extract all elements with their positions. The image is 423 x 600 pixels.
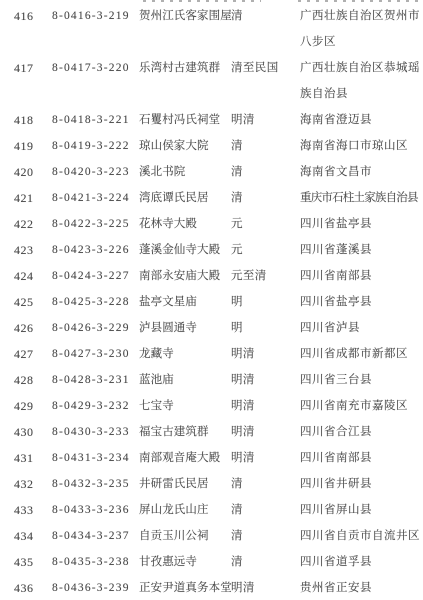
site-era: 清: [231, 185, 300, 211]
site-location: 四川省南部县: [300, 263, 423, 289]
site-location: 四川省南部县: [300, 445, 423, 471]
site-era: 明清: [231, 341, 300, 367]
row-catalog-code: 8-0421-3-224: [52, 185, 139, 211]
relics-table: 416 8-0416-3-219 贺州江氏客家围屋 清 广西壮族自治区贺州市八步…: [0, 3, 423, 600]
site-location: 四川省南充市嘉陵区: [300, 393, 423, 419]
site-name: 福宝古建筑群: [139, 419, 231, 445]
row-catalog-code: 8-0420-3-223: [52, 159, 139, 185]
row-serial-number: 431: [14, 445, 52, 471]
location-line: 重庆市石柱土家族自治县: [300, 185, 423, 211]
row-catalog-code: 8-0422-3-225: [52, 211, 139, 237]
site-location: 四川省蓬溪县: [300, 237, 423, 263]
row-serial-number: 424: [14, 263, 52, 289]
site-location: 四川省盐亭县: [300, 289, 423, 315]
site-era: 明清: [231, 393, 300, 419]
site-name: 屏山龙氏山庄: [139, 497, 231, 523]
row-catalog-code: 8-0419-3-222: [52, 133, 139, 159]
location-line: 四川省蓬溪县: [300, 237, 423, 263]
site-location: 四川省合江县: [300, 419, 423, 445]
location-line: 贵州省正安县: [300, 575, 423, 600]
row-catalog-code: 8-0430-3-233: [52, 419, 139, 445]
table-row: 432 8-0432-3-235 井研雷氏民居 清 四川省井研县: [0, 471, 423, 497]
site-name: 乐湾村古建筑群: [139, 55, 231, 81]
table-row: 421 8-0421-3-224 湾底谭氏民居 清 重庆市石柱土家族自治县: [0, 185, 423, 211]
row-catalog-code: 8-0424-3-227: [52, 263, 139, 289]
site-era: 清: [231, 133, 300, 159]
site-name: 七宝寺: [139, 393, 231, 419]
row-catalog-code: 8-0431-3-234: [52, 445, 139, 471]
table-row: 420 8-0420-3-223 溪北书院 清 海南省文昌市: [0, 159, 423, 185]
row-serial-number: 429: [14, 393, 52, 419]
site-name: 正安尹道真务本堂: [139, 575, 231, 600]
row-catalog-code: 8-0425-3-228: [52, 289, 139, 315]
row-catalog-code: 8-0423-3-226: [52, 237, 139, 263]
row-catalog-code: 8-0426-3-229: [52, 315, 139, 341]
site-location: 四川省成都市新都区: [300, 341, 423, 367]
table-row: 435 8-0435-3-238 甘孜惠远寺 清 四川省道孚县: [0, 549, 423, 575]
site-era: 清至民国: [231, 55, 300, 81]
site-name: 蓝池庙: [139, 367, 231, 393]
row-catalog-code: 8-0432-3-235: [52, 471, 139, 497]
row-catalog-code: 8-0434-3-237: [52, 523, 139, 549]
clipped-row-fragment: [298, 0, 422, 2]
row-serial-number: 436: [14, 575, 52, 600]
row-serial-number: 427: [14, 341, 52, 367]
table-row: 419 8-0419-3-222 琼山侯家大院 清 海南省海口市琼山区: [0, 133, 423, 159]
site-era: 元: [231, 211, 300, 237]
table-row: 422 8-0422-3-225 花林寺大殿 元 四川省盐亭县: [0, 211, 423, 237]
site-name: 盐亭文星庙: [139, 289, 231, 315]
row-catalog-code: 8-0427-3-230: [52, 341, 139, 367]
site-location: 四川省屏山县: [300, 497, 423, 523]
row-serial-number: 422: [14, 211, 52, 237]
row-serial-number: 433: [14, 497, 52, 523]
table-row: 434 8-0434-3-237 自贡玉川公祠 清 四川省自贡市自流井区: [0, 523, 423, 549]
table-row: 429 8-0429-3-232 七宝寺 明清 四川省南充市嘉陵区: [0, 393, 423, 419]
site-location: 海南省海口市琼山区: [300, 133, 423, 159]
location-line: 四川省盐亭县: [300, 289, 423, 315]
row-catalog-code: 8-0433-3-236: [52, 497, 139, 523]
location-line: 八步区: [300, 29, 423, 55]
site-location: 海南省澄迈县: [300, 107, 423, 133]
site-era: 明清: [231, 445, 300, 471]
site-name: 南部观音庵大殿: [139, 445, 231, 471]
row-serial-number: 426: [14, 315, 52, 341]
location-line: 四川省三台县: [300, 367, 423, 393]
site-era: 明: [231, 289, 300, 315]
site-location: 四川省三台县: [300, 367, 423, 393]
site-era: 清: [231, 549, 300, 575]
site-name: 自贡玉川公祠: [139, 523, 231, 549]
table-row: 423 8-0423-3-226 蓬溪金仙寺大殿 元 四川省蓬溪县: [0, 237, 423, 263]
row-serial-number: 416: [14, 3, 52, 29]
site-name: 湾底谭氏民居: [139, 185, 231, 211]
site-name: 蓬溪金仙寺大殿: [139, 237, 231, 263]
row-serial-number: 417: [14, 55, 52, 81]
row-catalog-code: 8-0416-3-219: [52, 3, 139, 29]
table-row: 433 8-0433-3-236 屏山龙氏山庄 清 四川省屏山县: [0, 497, 423, 523]
site-location: 贵州省正安县: [300, 575, 423, 600]
site-era: 清: [231, 497, 300, 523]
site-name: 甘孜惠远寺: [139, 549, 231, 575]
site-location: 四川省盐亭县: [300, 211, 423, 237]
row-catalog-code: 8-0428-3-231: [52, 367, 139, 393]
site-era: 清: [231, 3, 300, 29]
site-location: 四川省井研县: [300, 471, 423, 497]
row-catalog-code: 8-0429-3-232: [52, 393, 139, 419]
site-name: 溪北书院: [139, 159, 231, 185]
site-name: 南部永安庙大殿: [139, 263, 231, 289]
document-page: 416 8-0416-3-219 贺州江氏客家围屋 清 广西壮族自治区贺州市八步…: [0, 0, 423, 600]
location-line: 四川省道孚县: [300, 549, 423, 575]
table-row: 426 8-0426-3-229 泸县圆通寺 明 四川省泸县: [0, 315, 423, 341]
row-serial-number: 430: [14, 419, 52, 445]
table-row: 424 8-0424-3-227 南部永安庙大殿 元至清 四川省南部县: [0, 263, 423, 289]
table-row: 430 8-0430-3-233 福宝古建筑群 明清 四川省合江县: [0, 419, 423, 445]
location-line: 四川省井研县: [300, 471, 423, 497]
location-line: 四川省泸县: [300, 315, 423, 341]
location-line: 广西壮族自治区贺州市: [300, 3, 423, 29]
location-line: 四川省成都市新都区: [300, 341, 423, 367]
site-era: 清: [231, 159, 300, 185]
clipped-row-fragment: [143, 0, 261, 2]
location-line: 四川省南部县: [300, 445, 423, 471]
location-line: 四川省南部县: [300, 263, 423, 289]
location-line: 族自治县: [300, 81, 423, 107]
row-catalog-code: 8-0418-3-221: [52, 107, 139, 133]
location-line: 四川省屏山县: [300, 497, 423, 523]
row-serial-number: 432: [14, 471, 52, 497]
location-line: 四川省自贡市自流井区: [300, 523, 423, 549]
location-line: 海南省海口市琼山区: [300, 133, 423, 159]
site-name: 井研雷氏民居: [139, 471, 231, 497]
row-serial-number: 435: [14, 549, 52, 575]
site-era: 明: [231, 315, 300, 341]
location-line: 四川省南充市嘉陵区: [300, 393, 423, 419]
table-row: 425 8-0425-3-228 盐亭文星庙 明 四川省盐亭县: [0, 289, 423, 315]
site-name: 琼山侯家大院: [139, 133, 231, 159]
site-location: 四川省道孚县: [300, 549, 423, 575]
site-era: 明清: [231, 367, 300, 393]
row-serial-number: 423: [14, 237, 52, 263]
location-line: 海南省文昌市: [300, 159, 423, 185]
site-era: 清: [231, 523, 300, 549]
site-era: 元至清: [231, 263, 300, 289]
row-serial-number: 428: [14, 367, 52, 393]
table-row: 416 8-0416-3-219 贺州江氏客家围屋 清 广西壮族自治区贺州市八步…: [0, 3, 423, 55]
site-location: 重庆市石柱土家族自治县: [300, 185, 423, 211]
site-name: 贺州江氏客家围屋: [139, 3, 231, 29]
location-line: 四川省合江县: [300, 419, 423, 445]
row-catalog-code: 8-0417-3-220: [52, 55, 139, 81]
site-name: 花林寺大殿: [139, 211, 231, 237]
table-row: 427 8-0427-3-230 龙藏寺 明清 四川省成都市新都区: [0, 341, 423, 367]
site-name: 泸县圆通寺: [139, 315, 231, 341]
row-serial-number: 419: [14, 133, 52, 159]
row-serial-number: 418: [14, 107, 52, 133]
site-location: 广西壮族自治区恭城瑶族自治县: [300, 55, 423, 107]
site-era: 明清: [231, 419, 300, 445]
table-row: 417 8-0417-3-220 乐湾村古建筑群 清至民国 广西壮族自治区恭城瑶…: [0, 55, 423, 107]
site-era: 明清: [231, 575, 300, 600]
site-name: 石矍村冯氏祠堂: [139, 107, 231, 133]
site-location: 广西壮族自治区贺州市八步区: [300, 3, 423, 55]
location-line: 广西壮族自治区恭城瑶: [300, 55, 423, 81]
site-era: 明清: [231, 107, 300, 133]
table-row: 428 8-0428-3-231 蓝池庙 明清 四川省三台县: [0, 367, 423, 393]
location-line: 四川省盐亭县: [300, 211, 423, 237]
row-serial-number: 421: [14, 185, 52, 211]
site-location: 四川省泸县: [300, 315, 423, 341]
table-row: 436 8-0436-3-239 正安尹道真务本堂 明清 贵州省正安县: [0, 575, 423, 600]
site-era: 清: [231, 471, 300, 497]
row-catalog-code: 8-0436-3-239: [52, 575, 139, 600]
location-line: 海南省澄迈县: [300, 107, 423, 133]
row-serial-number: 434: [14, 523, 52, 549]
table-row: 418 8-0418-3-221 石矍村冯氏祠堂 明清 海南省澄迈县: [0, 107, 423, 133]
row-catalog-code: 8-0435-3-238: [52, 549, 139, 575]
site-era: 元: [231, 237, 300, 263]
site-name: 龙藏寺: [139, 341, 231, 367]
row-serial-number: 420: [14, 159, 52, 185]
row-serial-number: 425: [14, 289, 52, 315]
table-row: 431 8-0431-3-234 南部观音庵大殿 明清 四川省南部县: [0, 445, 423, 471]
site-location: 海南省文昌市: [300, 159, 423, 185]
site-location: 四川省自贡市自流井区: [300, 523, 423, 549]
